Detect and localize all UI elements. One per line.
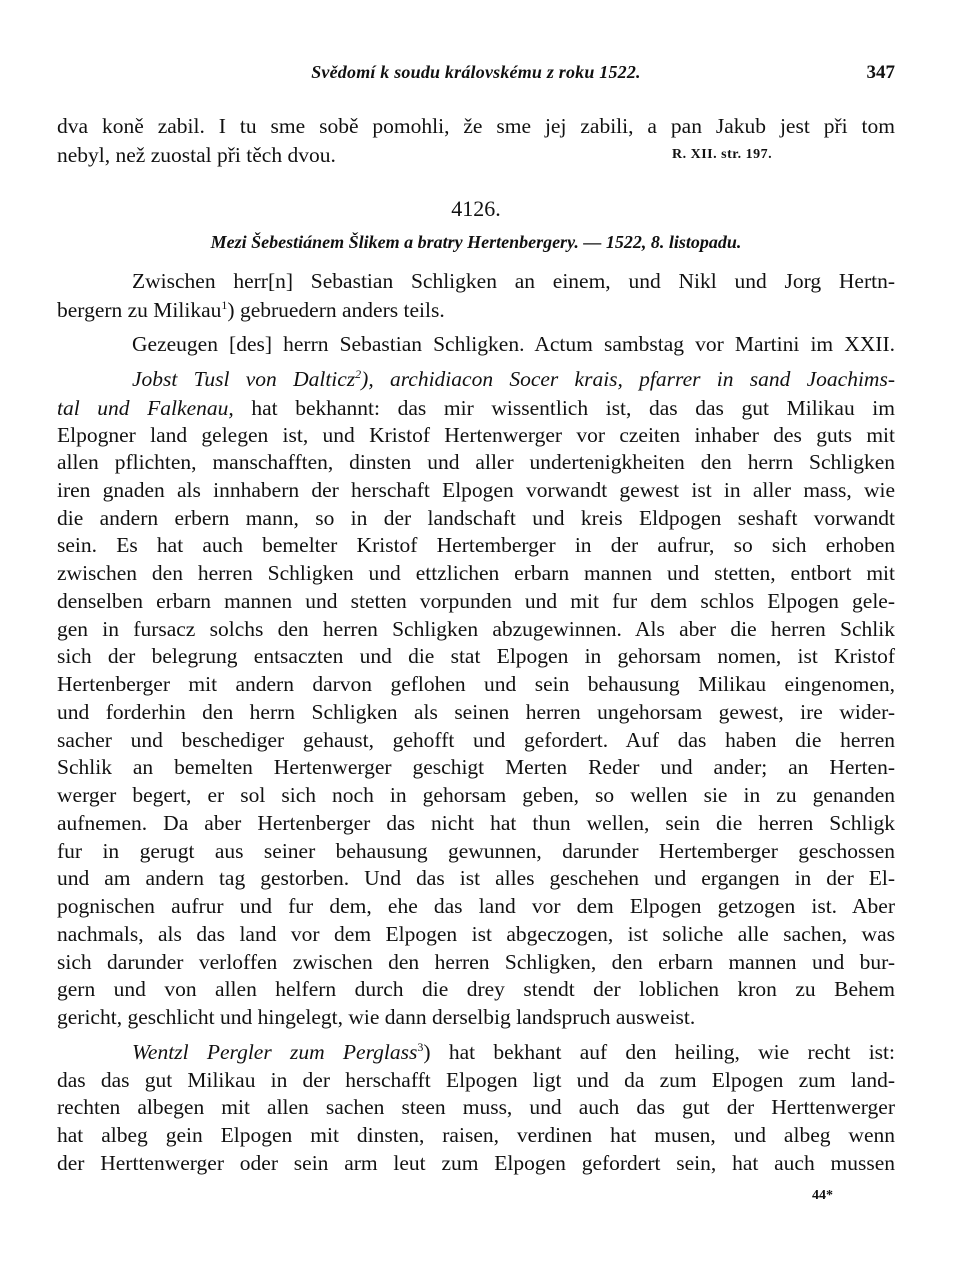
text-span: bergern zu Milikau	[57, 298, 221, 322]
text-line: aufnemen. Da aber Hertenberger das nicht…	[57, 810, 895, 836]
text-line: hat albeg gein Elpogen mit dinsten, rais…	[57, 1122, 895, 1148]
text-line: gern und von allen helfern durch die dre…	[57, 976, 895, 1002]
text-line: gericht, geschlicht und hingelegt, wie d…	[57, 1004, 895, 1030]
text-line: sich darunder verloffen zwischen den her…	[57, 949, 895, 975]
entry-number: 4126.	[57, 196, 895, 222]
text-line: der Herttenwerger oder sein arm leut zum…	[57, 1150, 895, 1176]
text-line: zwischen den herren Schligken und ettzli…	[57, 560, 895, 586]
entry-heading: Mezi Šebestiánem Šlikem a bratry Hertenb…	[57, 232, 895, 253]
text-line: pognischen aufrur und fur dem, ehe das l…	[57, 893, 895, 919]
text-line: Zwischen herr[n] Sebastian Schligken an …	[132, 268, 895, 294]
witness-name: Wentzl Pergler zum Perglass	[132, 1040, 417, 1064]
text-line: die andern erbern mann, so in der landsc…	[57, 505, 895, 531]
text-line: sacher und beschediger gehaust, gehofft …	[57, 727, 895, 753]
text-span: ) hat bekhant auf den heiling, wie recht…	[423, 1040, 895, 1064]
text-line: nebyl, než zuostal při těch dvou. R. XII…	[57, 142, 895, 168]
witness-name: Jobst Tusl von Dalticz	[132, 367, 355, 391]
running-header: Svědomí k soudu královskému z roku 1522.…	[57, 62, 895, 86]
text-line: rechten albegen mit allen sachen steen m…	[57, 1094, 895, 1120]
signature-mark: 44*	[812, 1188, 833, 1204]
text-line: Schlik an bemelten Hertenwerger geschigt…	[57, 754, 895, 780]
text-line: fur in gerugt aus seiner behausung gewun…	[57, 838, 895, 864]
source-reference: R. XII. str. 197.	[672, 142, 772, 168]
text-line: Hertenberger mit andern darvon geflohen …	[57, 671, 895, 697]
text-span: hat bekhannt: das mir wissentlich ist, d…	[251, 396, 895, 420]
text-span: )	[227, 298, 240, 322]
text-line: Jobst Tusl von Dalticz2), archidiacon So…	[132, 366, 895, 392]
text-span: tal und Falkenau,	[57, 396, 234, 420]
text-line: dva koně zabil. I tu sme sobě pomohli, ž…	[57, 113, 895, 139]
text-line: allen pflichten, manschafften, dinsten u…	[57, 449, 895, 475]
text-span: nebyl, než zuostal při těch dvou.	[57, 143, 336, 167]
text-line: iren gnaden als innhabern der herschaft …	[57, 477, 895, 503]
text-line: denselben erbarn mannen und stetten vorp…	[57, 588, 895, 614]
text-line: und forderhin den herrn Schligken als se…	[57, 699, 895, 725]
text-line: Wentzl Pergler zum Perglass3) hat bekhan…	[132, 1039, 895, 1065]
running-title: Svědomí k soudu královskému z roku 1522.	[57, 62, 895, 83]
text-line: nachmals, als das land vor dem Elpogen i…	[57, 921, 895, 947]
text-line: Elpogner land gelegen ist, und Kristof H…	[57, 422, 895, 448]
text-span: gebruedern anders teils.	[240, 298, 445, 322]
text-span: ), archidiacon Socer krais, pfarrer in s…	[361, 367, 895, 391]
text-line: bergern zu Milikau1) gebruedern anders t…	[57, 297, 895, 323]
text-line: tal und Falkenau, hat bekhannt: das mir …	[57, 395, 895, 421]
text-line: sein. Es hat auch bemelter Kristof Herte…	[57, 532, 895, 558]
text-line: Gezeugen [des] herrn Sebastian Schligken…	[132, 331, 895, 357]
text-line: werger begert, er sol sich noch in gehor…	[57, 782, 895, 808]
text-line: sich der belegrung entsaczten und die st…	[57, 643, 895, 669]
text-line: das das gut Milikau in der herschafft El…	[57, 1067, 895, 1093]
text-line: gen in fursacz solchs den herren Schligk…	[57, 616, 895, 642]
text-line: und am andern tag gestorben. Und das ist…	[57, 865, 895, 891]
page-number: 347	[867, 62, 896, 84]
